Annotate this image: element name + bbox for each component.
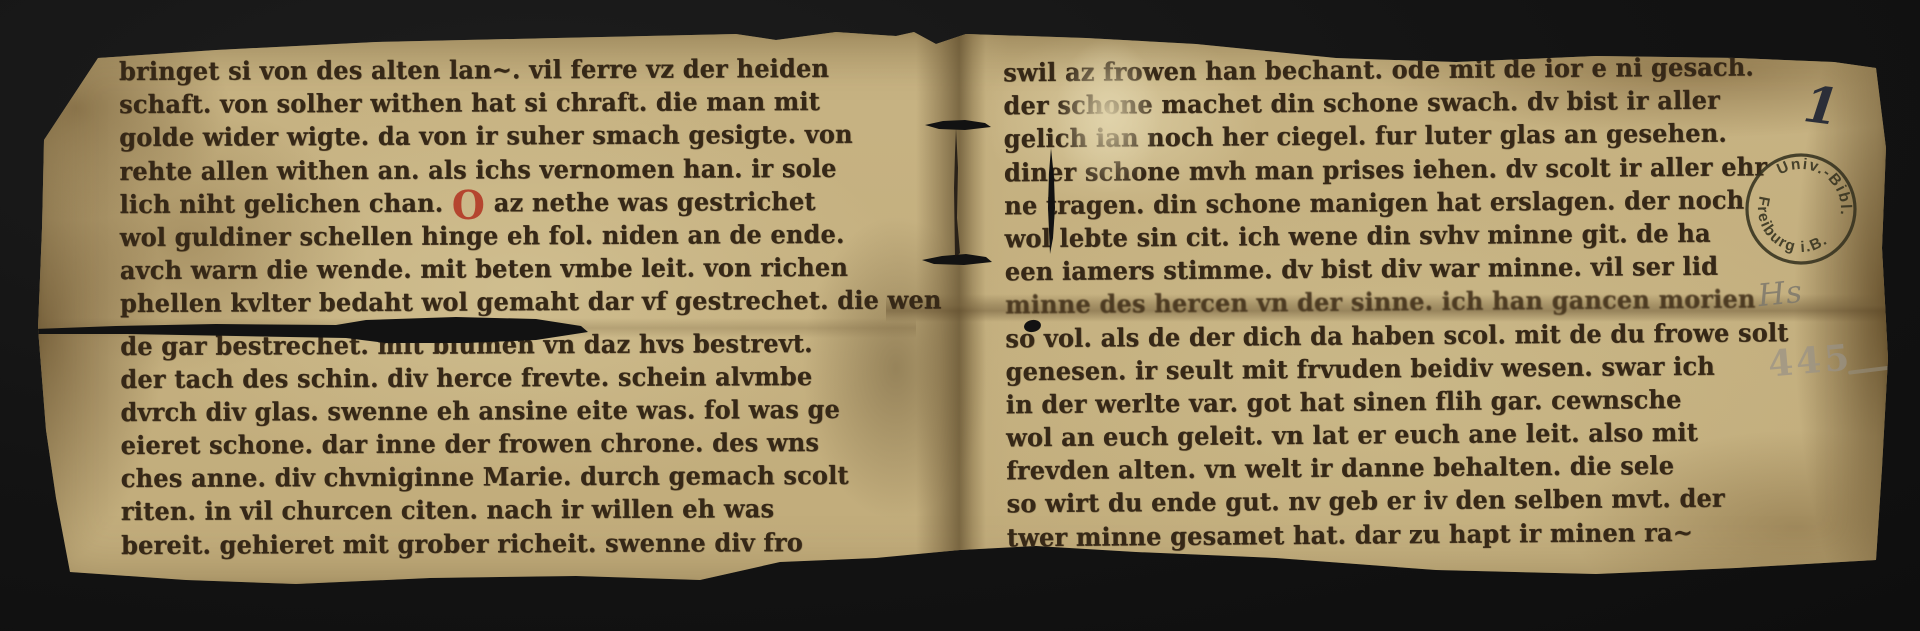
line-text: az nethe was gestrichet: [485, 186, 816, 218]
manuscript-line: dvrch div glas. swenne eh ansine eite wa…: [120, 391, 942, 429]
manuscript-left-column: bringet si von des alten lan~. vil ferre…: [119, 50, 943, 560]
manuscript-line: der tach des schin. div herce frevte. sc…: [120, 358, 942, 396]
manuscript-line: rehte allen withen an. als ichs vernomen…: [119, 150, 941, 188]
manuscript-line: riten. in vil churcen citen. nach ir wil…: [121, 491, 943, 529]
manuscript-line: phellen kvlter bedaht wol gemaht dar vf …: [120, 283, 942, 321]
line-text: lich niht gelichen chan.: [119, 187, 451, 219]
abrasion-patch: [1056, 40, 1160, 192]
manuscript-line-with-initial: lich niht gelichen chan. O az nethe was …: [119, 183, 941, 221]
folio-number: 1: [1801, 74, 1843, 137]
manuscript-line: bereit. gehieret mit grober richeit. swe…: [121, 524, 943, 562]
pencil-mark-hs: Hs: [1756, 274, 1804, 315]
pencil-stroke: [1848, 365, 1894, 375]
parchment-fragment: bringet si von des alten lan~. vil ferre…: [36, 28, 1888, 588]
pencil-mark-number: 445: [1766, 336, 1853, 385]
manuscript-line: golde wider wigte. da von ir suher smach…: [119, 117, 941, 155]
manuscript-line: twer minne gesamet hat. dar zu hapt ir m…: [1007, 514, 1790, 555]
